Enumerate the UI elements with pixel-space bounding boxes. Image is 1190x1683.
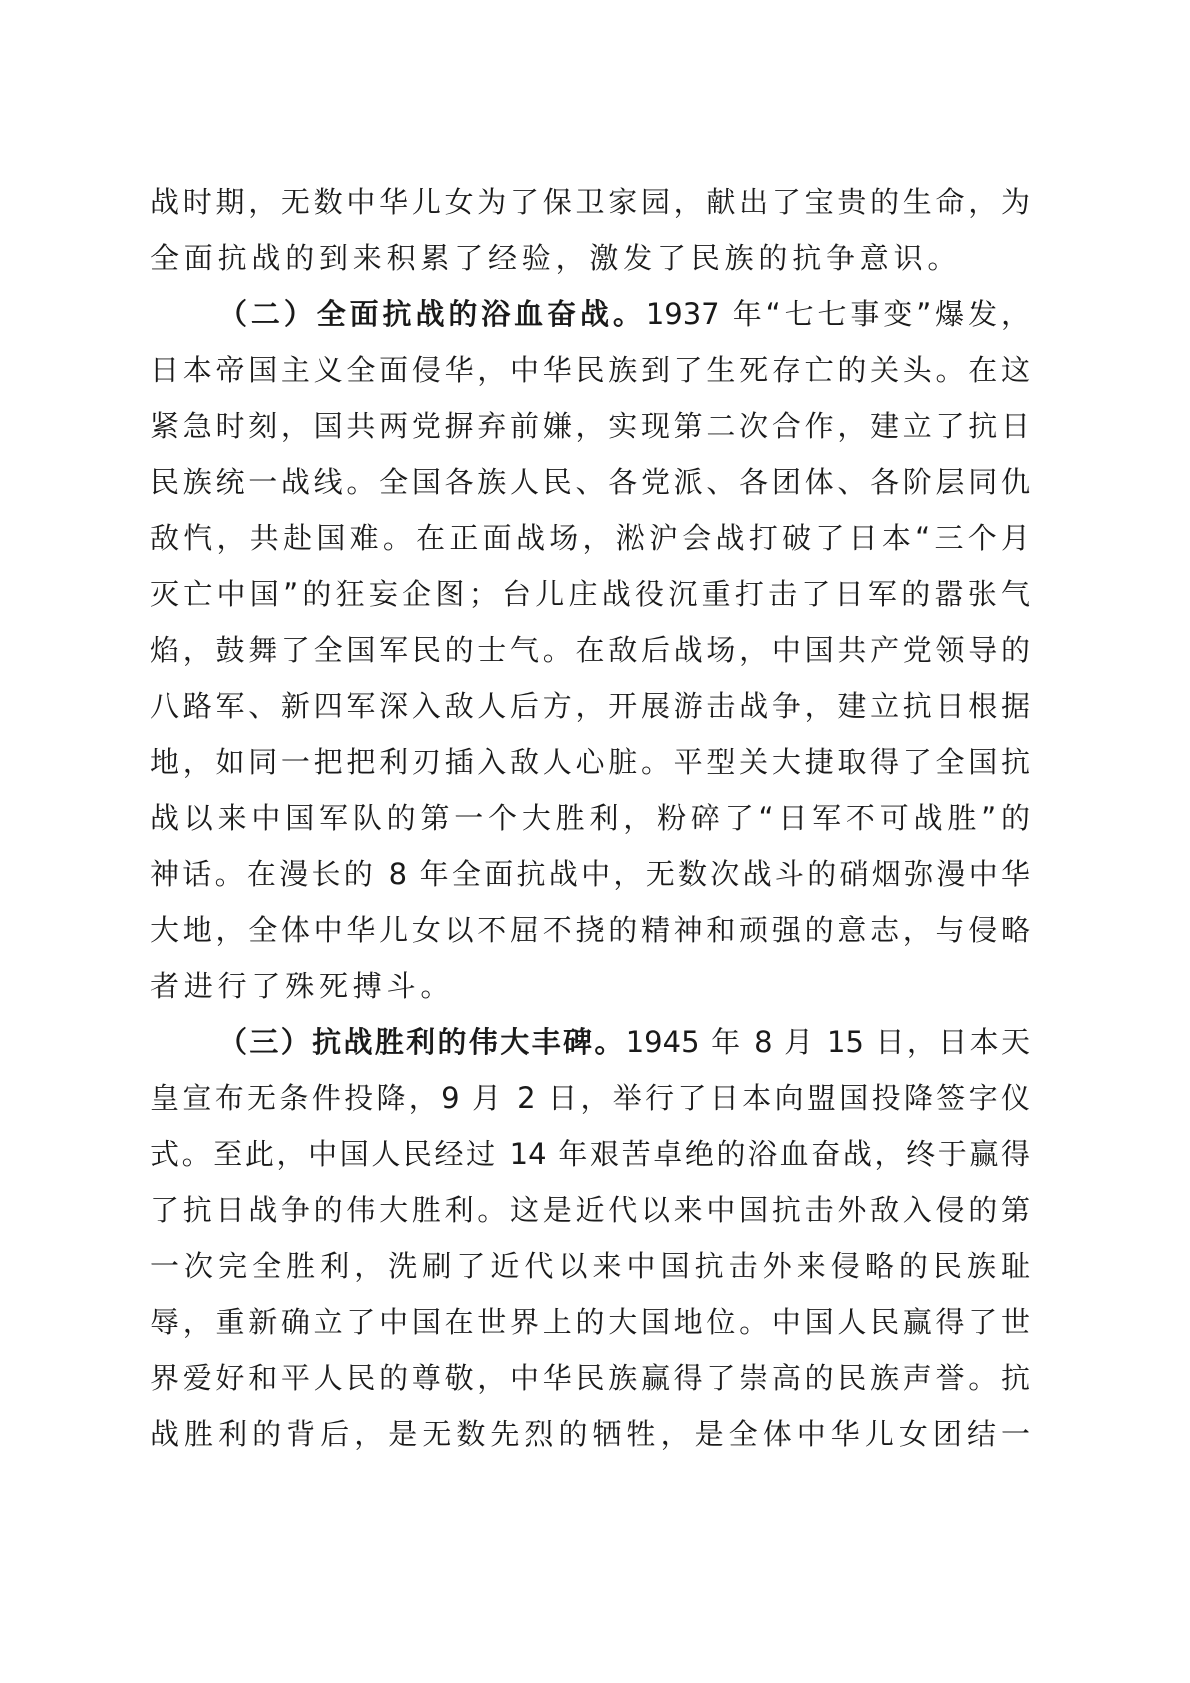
paragraph-line: 灭亡中国”的狂妄企图；台儿庄战役沉重打击了日军的嚣张气 [150,566,1030,622]
section-heading-line: （二）全面抗战的浴血奋战。1937 年“七七事变”爆发， [150,286,1030,342]
paragraph-line: 神话。在漫长的 8 年全面抗战中，无数次战斗的硝烟弥漫中华 [150,846,1030,902]
paragraph-line: 紧急时刻，国共两党摒弃前嫌，实现第二次合作，建立了抗日 [150,398,1030,454]
paragraph-line: 日本帝国主义全面侵华，中华民族到了生死存亡的关头。在这 [150,342,1030,398]
paragraph-line: 战胜利的背后，是无数先烈的牺牲，是全体中华儿女团结一 [150,1406,1030,1462]
paragraph-line: 焰，鼓舞了全国军民的士气。在敌后战场，中国共产党领导的 [150,622,1030,678]
paragraph-line: 者进行了殊死搏斗。 [150,958,1030,1014]
section-heading: （三）抗战胜利的伟大丰碑。 [218,1025,626,1059]
paragraph-line: 地，如同一把把利刃插入敌人心脏。平型关大捷取得了全国抗 [150,734,1030,790]
paragraph-line: 八路军、新四军深入敌人后方，开展游击战争，建立抗日根据 [150,678,1030,734]
paragraph-line: 大地，全体中华儿女以不屈不挠的精神和顽强的意志，与侵略 [150,902,1030,958]
paragraph-line: 全面抗战的到来积累了经验，激发了民族的抗争意识。 [150,230,1030,286]
paragraph-line: 一次完全胜利，洗刷了近代以来中国抗击外来侵略的民族耻 [150,1238,1030,1294]
body-text-block: 战时期，无数中华儿女为了保卫家园，献出了宝贵的生命，为 全面抗战的到来积累了经验… [150,174,1030,1462]
paragraph-line: 式。至此，中国人民经过 14 年艰苦卓绝的浴血奋战，终于赢得 [150,1126,1030,1182]
heading-line-rest: 1945 年 8 月 15 日，日本天 [626,1025,1030,1059]
paragraph-line: 战时期，无数中华儿女为了保卫家园，献出了宝贵的生命，为 [150,174,1030,230]
section-heading: （二）全面抗战的浴血奋战。 [218,297,646,331]
paragraph-line: 了抗日战争的伟大胜利。这是近代以来中国抗击外敌入侵的第 [150,1182,1030,1238]
paragraph-line: 民族统一战线。全国各族人民、各党派、各团体、各阶层同仇 [150,454,1030,510]
section-heading-line: （三）抗战胜利的伟大丰碑。1945 年 8 月 15 日，日本天 [150,1014,1030,1070]
document-page: 战时期，无数中华儿女为了保卫家园，献出了宝贵的生命，为 全面抗战的到来积累了经验… [0,0,1190,1683]
paragraph-line: 界爱好和平人民的尊敬，中华民族赢得了崇高的民族声誉。抗 [150,1350,1030,1406]
paragraph-line: 辱，重新确立了中国在世界上的大国地位。中国人民赢得了世 [150,1294,1030,1350]
paragraph-line: 敌忾，共赴国难。在正面战场，淞沪会战打破了日本“三个月 [150,510,1030,566]
paragraph-line: 战以来中国军队的第一个大胜利，粉碎了“日军不可战胜”的 [150,790,1030,846]
paragraph-line: 皇宣布无条件投降，9 月 2 日，举行了日本向盟国投降签字仪 [150,1070,1030,1126]
heading-line-rest: 1937 年“七七事变”爆发， [646,297,1030,331]
